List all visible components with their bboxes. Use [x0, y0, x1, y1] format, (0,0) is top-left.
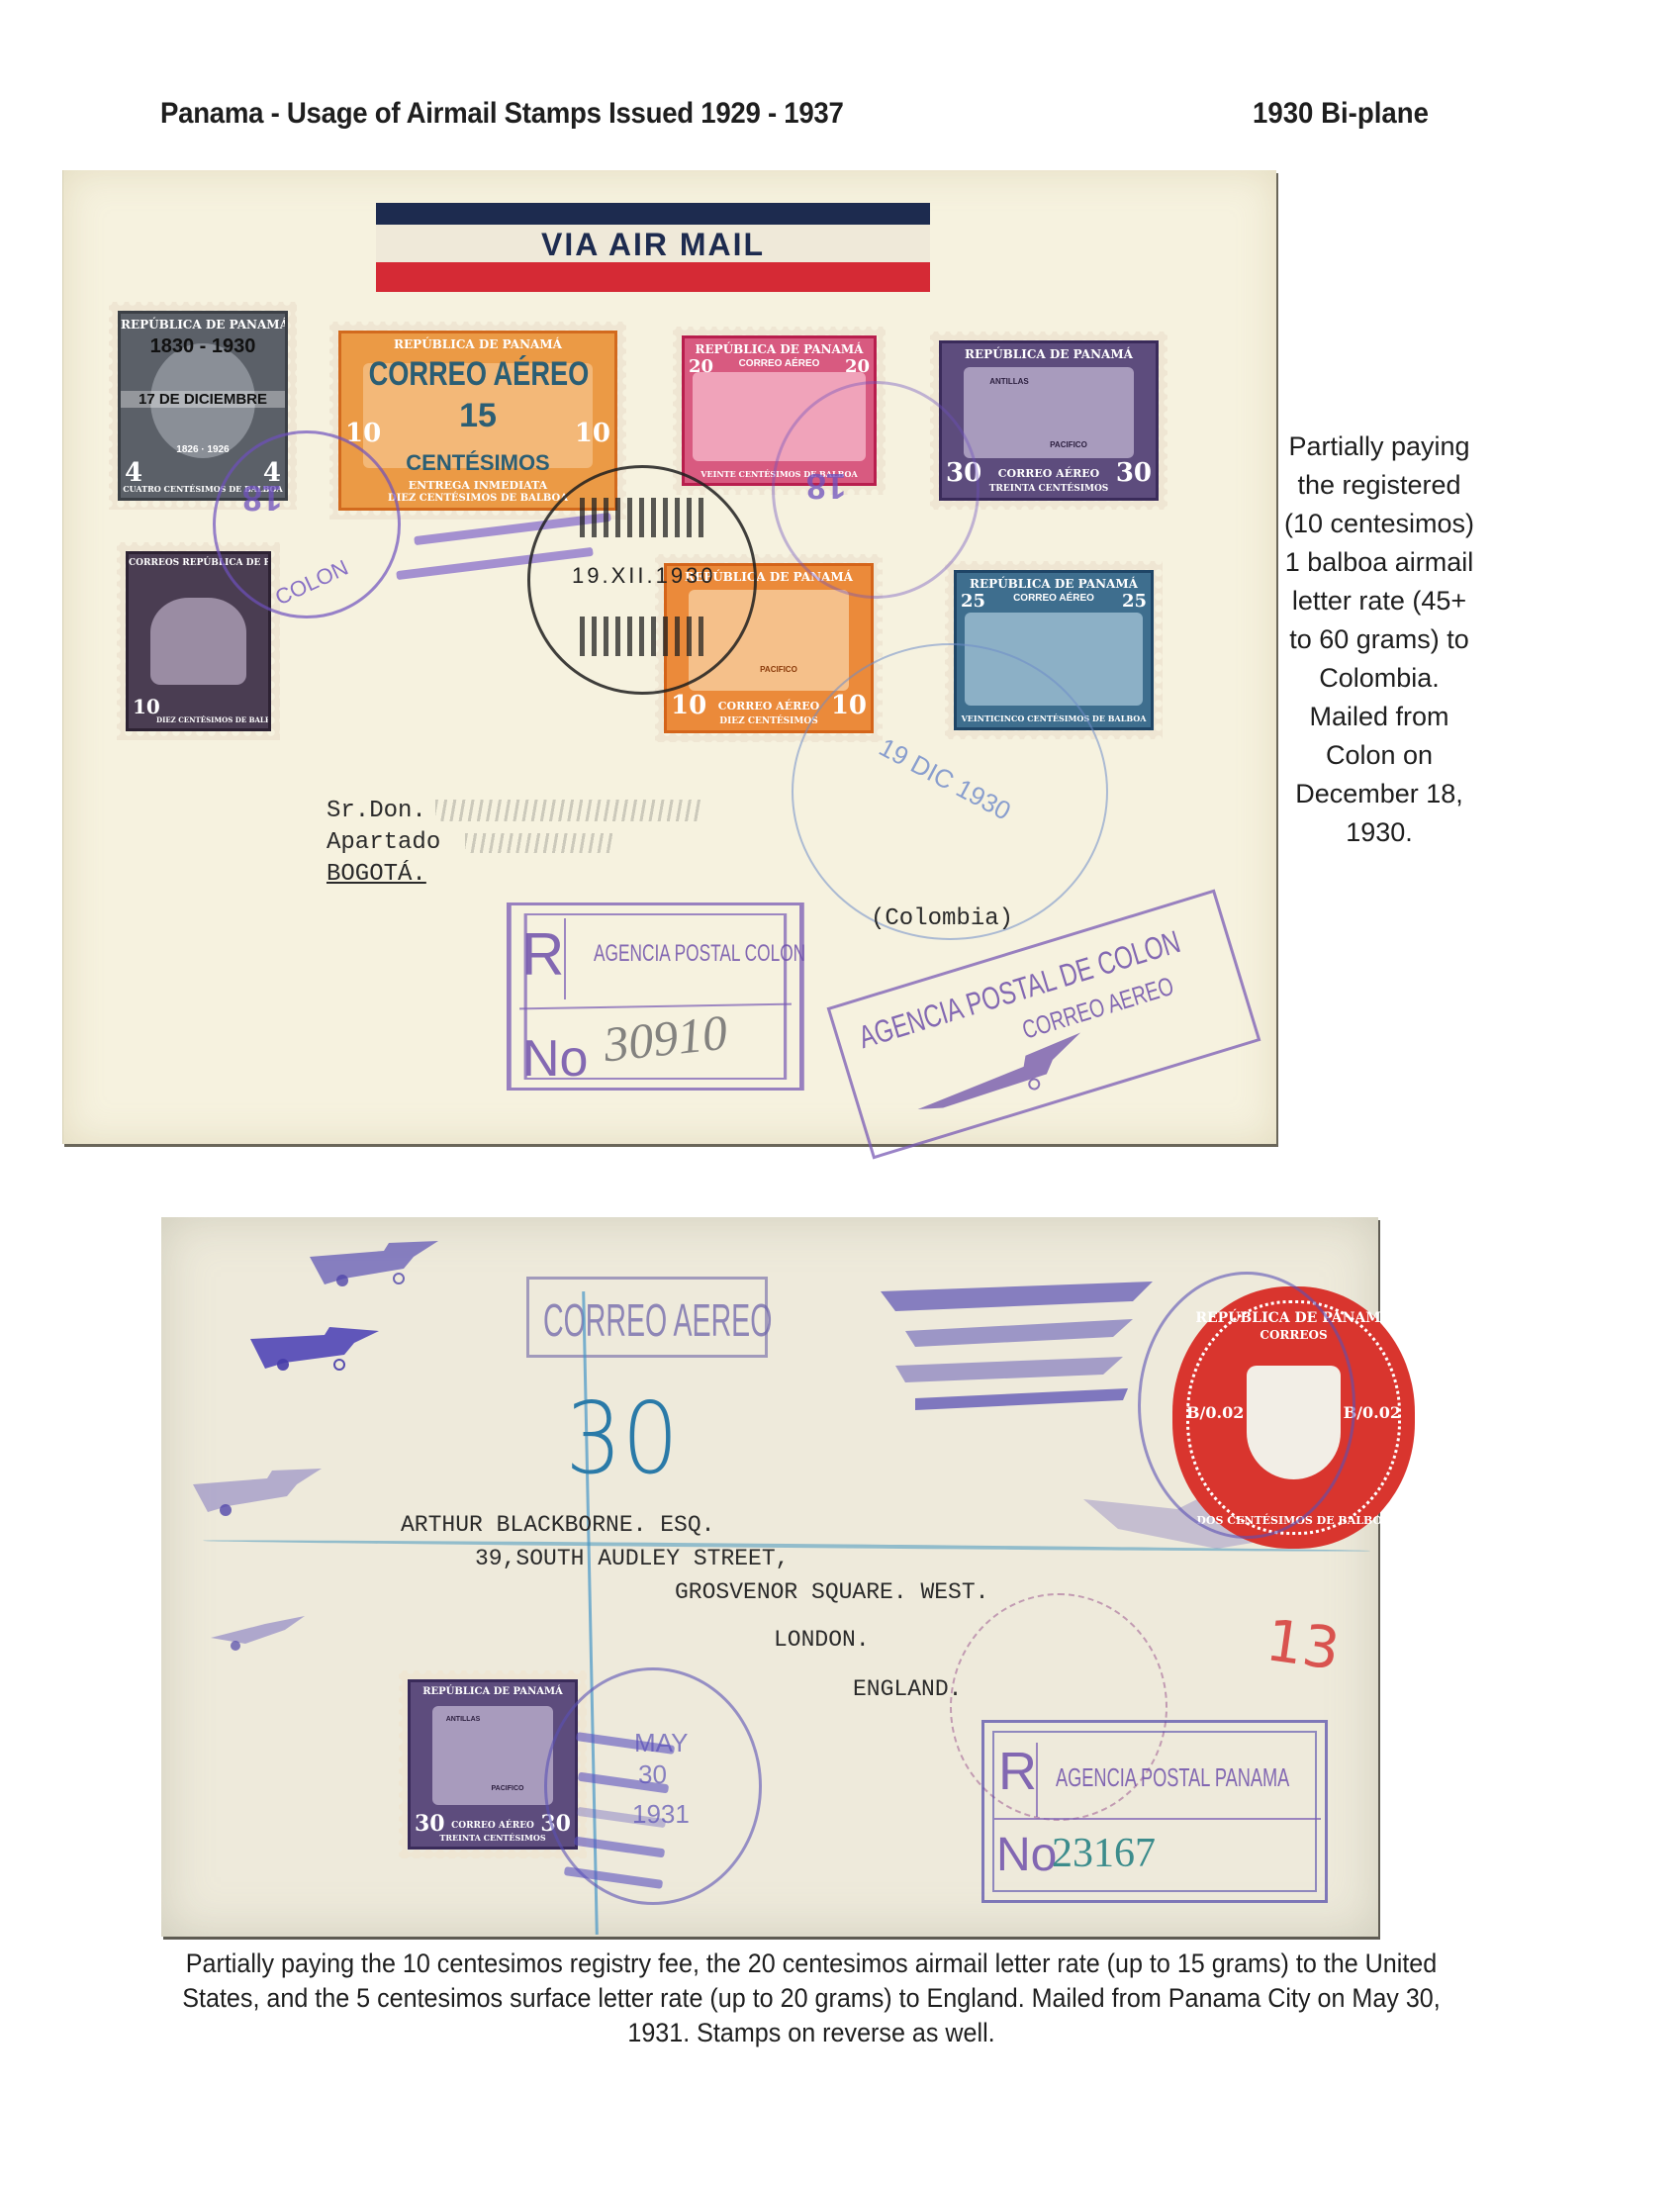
- colon-postmark-date: 18: [242, 477, 282, 519]
- address-line-4: LONDON.: [774, 1627, 870, 1653]
- postmark-text: COLON: [271, 555, 352, 612]
- registration-no-label: No: [522, 1029, 588, 1089]
- page-subtitle: 1930 Bi-plane: [1253, 97, 1429, 131]
- postmark-bars: [580, 617, 708, 656]
- stamp-value: 20: [845, 356, 870, 377]
- erased-box-number: [465, 833, 613, 853]
- erased-name: [435, 800, 702, 821]
- panama-postmark-indicia: [1138, 1272, 1355, 1539]
- stamp-overprint: CORREO AÉREO: [369, 355, 588, 394]
- label-stripe-red: [376, 262, 930, 292]
- stamp-overprint: 17 DE DICIEMBRE: [121, 391, 285, 408]
- correo-aereo-box: CORREO AEREO: [526, 1277, 768, 1358]
- registration-agency: AGENCIA POSTAL PANAMA: [1056, 1762, 1289, 1793]
- stamp-value: 20: [689, 356, 713, 377]
- reg-divider: [564, 918, 566, 999]
- stamp-text: REPÚBLICA DE PANAMÁ: [411, 1686, 575, 1697]
- correo-aereo-text: CORREO AEREO: [543, 1293, 772, 1347]
- stamp-text: DIEZ CENTÉSIMOS DE BALBOA: [156, 715, 268, 724]
- stamp-value: 10: [575, 419, 610, 448]
- stamp-text: PACIFICO: [981, 440, 1156, 449]
- stamp-overprint: 15: [341, 397, 614, 435]
- registration-r: R: [521, 920, 564, 989]
- registration-agency: AGENCIA POSTAL COLON: [594, 940, 805, 968]
- monoplane-cachet-icon: [876, 1272, 1172, 1420]
- monoplane-cachet-icon: [245, 1321, 384, 1380]
- registration-no-label: No: [996, 1828, 1057, 1882]
- stamp-text: TREINTA CENTÉSIMOS: [411, 1833, 575, 1843]
- label-stripe-blue: [376, 203, 930, 225]
- stamp-text: REPÚBLICA DE PANAMÁ: [121, 318, 285, 332]
- postmark-date: 19 DIC 1930: [874, 732, 1015, 827]
- registration-r: R: [998, 1741, 1037, 1802]
- barranquilla-postmark: 19.XII.1930: [527, 465, 757, 695]
- stamp-text: REPÚBLICA DE PANAMÁ: [685, 342, 874, 356]
- address-line-1: Sr.Don.: [327, 798, 426, 824]
- via-air-mail-label: VIA AIR MAIL: [376, 203, 930, 294]
- postmark-date: 19.XII.1930: [572, 563, 716, 589]
- address-country: (Colombia): [871, 905, 1013, 932]
- colon-postmark: COLON: [213, 430, 401, 618]
- stamp-overprint: 1830 - 1930: [121, 335, 285, 358]
- stamp-text: REPÚBLICA DE PANAMÁ: [341, 337, 614, 351]
- stamp-text: REPÚBLICA DE PANAMÁ: [957, 577, 1151, 591]
- address-line-2: Apartado: [327, 829, 440, 856]
- stamp-value: 25: [1122, 591, 1147, 612]
- reg-divider: [1036, 1743, 1038, 1817]
- stamp-text: ANTILLAS: [939, 377, 1156, 386]
- stamp-text: REPÚBLICA DE PANAMÁ: [942, 347, 1156, 361]
- address-line-5: ENGLAND.: [853, 1676, 962, 1702]
- address-line-3: GROSVENOR SQUARE. WEST.: [675, 1579, 988, 1605]
- monoplane-cachet-icon: [305, 1237, 443, 1296]
- colon-postmark-2: [772, 381, 980, 599]
- cover-1-caption: Partially paying the registered (10 cent…: [1282, 427, 1476, 852]
- cover-2-caption: Partially paying the 10 centesimos regis…: [167, 1947, 1455, 2050]
- stamp-coat-of-arms: [150, 598, 246, 685]
- monoplane-cachet-icon: [188, 1465, 327, 1524]
- address-line-3: BOGOTÁ.: [327, 861, 426, 888]
- stamp-text: ANTILLAS: [408, 1716, 575, 1723]
- page-title: Panama - Usage of Airmail Stamps Issued …: [160, 97, 844, 131]
- bogota-postmark: 19 DIC 1930: [792, 643, 1108, 940]
- via-air-mail-text: VIA AIR MAIL: [376, 227, 930, 263]
- address-line-2: 39,SOUTH AUDLEY STREET,: [475, 1546, 789, 1571]
- handwritten-rate: 30: [565, 1380, 679, 1496]
- red-crayon-mark: 13: [1262, 1606, 1345, 1683]
- monoplane-cachet-icon: [206, 1608, 325, 1658]
- reg-divider: [994, 1818, 1321, 1820]
- address-line-1: ARTHUR BLACKBORNE. ESQ.: [401, 1512, 714, 1538]
- registration-number: 23167: [1052, 1830, 1156, 1877]
- registration-box-panama: R AGENCIA POSTAL PANAMA No 23167: [981, 1720, 1328, 1903]
- postmark-bars: [580, 498, 708, 537]
- stamp-value: 25: [961, 591, 985, 612]
